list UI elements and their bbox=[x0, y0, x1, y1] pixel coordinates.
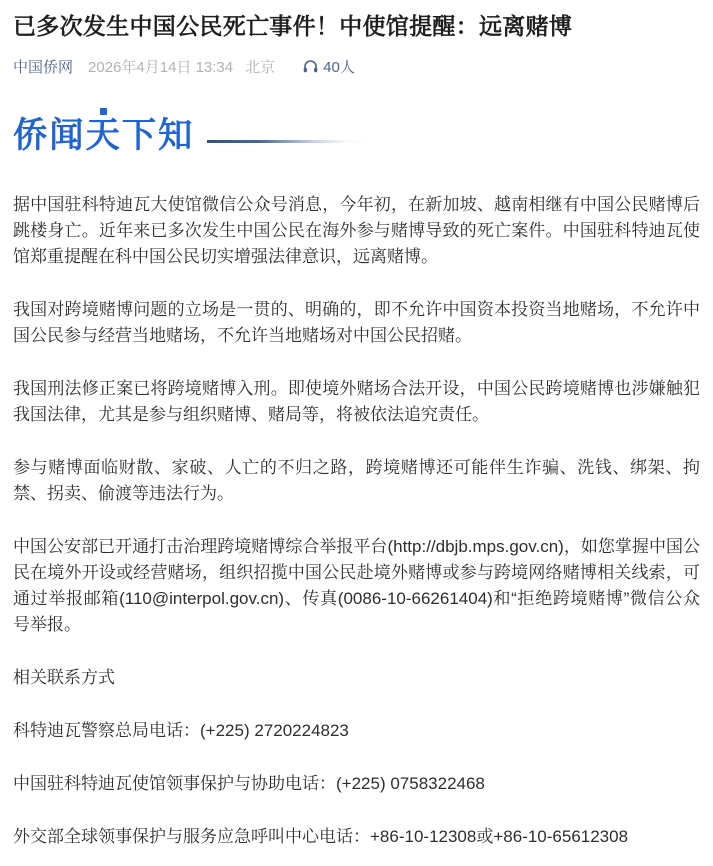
column-logo: 侨闻天下知 bbox=[13, 116, 700, 158]
article-paragraph: 科特迪瓦警察总局电话：(+225) 2720224823 bbox=[13, 718, 700, 744]
listen-audio-button[interactable]: 40人 bbox=[302, 56, 355, 77]
article-body: 据中国驻科特迪瓦大使馆微信公众号消息，今年初，在新加坡、越南相继有中国公民赌博后… bbox=[13, 192, 700, 850]
article-paragraph: 外交部全球领事保护与服务应急呼叫中心电话：+86-10-12308或+86-10… bbox=[13, 824, 700, 850]
article-paragraph: 中国驻科特迪瓦使馆领事保护与协助电话：(+225) 0758322468 bbox=[13, 771, 700, 797]
listen-count: 40人 bbox=[323, 56, 355, 77]
column-logo-text: 侨闻天下知 bbox=[13, 116, 194, 156]
article-title: 已多次发生中国公民死亡事件！中使馆提醒：远离赌博 bbox=[13, 11, 700, 41]
article-paragraph: 参与赌博面临财散、家破、人亡的不归之路，跨境赌博还可能伴生诈骗、洗钱、绑架、拘禁… bbox=[13, 455, 700, 507]
logo-underline-swoosh bbox=[207, 140, 379, 143]
source-name[interactable]: 中国侨网 bbox=[13, 56, 73, 77]
article-paragraph: 相关联系方式 bbox=[13, 665, 700, 691]
article-paragraph: 我国对跨境赌博问题的立场是一贯的、明确的，即不允许中国资本投资当地赌场，不允许中… bbox=[13, 297, 700, 349]
logo-dot-accent bbox=[100, 108, 107, 115]
article-page: 已多次发生中国公民死亡事件！中使馆提醒：远离赌博 中国侨网 2026年4月14日… bbox=[0, 0, 713, 866]
article-paragraph: 中国公安部已开通打击治理跨境赌博综合举报平台(http://dbjb.mps.g… bbox=[13, 534, 700, 638]
article-paragraph: 我国刑法修正案已将跨境赌博入刑。即使境外赌场合法开设，中国公民跨境赌博也涉嫌触犯… bbox=[13, 376, 700, 428]
publish-datetime: 2026年4月14日 13:34 bbox=[88, 56, 233, 77]
publish-location: 北京 bbox=[245, 56, 275, 77]
headphones-icon bbox=[302, 58, 319, 75]
article-paragraph: 据中国驻科特迪瓦大使馆微信公众号消息，今年初，在新加坡、越南相继有中国公民赌博后… bbox=[13, 192, 700, 270]
article-meta: 中国侨网 2026年4月14日 13:34 北京 40人 bbox=[13, 56, 700, 77]
